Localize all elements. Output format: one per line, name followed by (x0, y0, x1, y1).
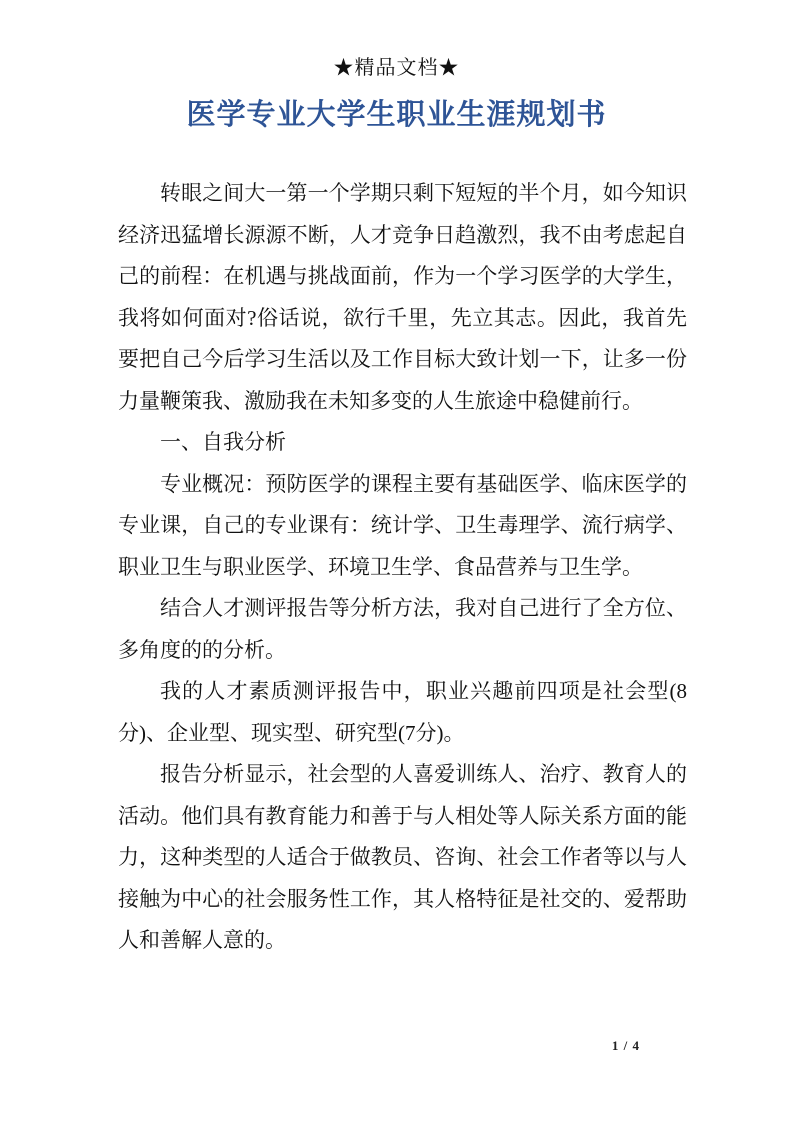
paragraph-assessment-method: 结合人才测评报告等分析方法，我对自己进行了全方位、多角度的的分析。 (118, 588, 687, 671)
paragraph-major-overview: 专业概况：预防医学的课程主要有基础医学、临床医学的专业课，自己的专业课有：统计学… (118, 464, 687, 589)
document-page: ★精品文档★ 医学专业大学生职业生涯规划书 转眼之间大一第一个学期只剩下短短的半… (0, 0, 793, 1122)
page-number-indicator: 1 / 4 (612, 1038, 640, 1054)
document-header-badge: ★精品文档★ (0, 0, 793, 80)
document-title: 医学专业大学生职业生涯规划书 (0, 95, 793, 135)
document-body: 转眼之间大一第一个学期只剩下短短的半个月，如今知识经济迅猛增长源源不断，人才竞争… (118, 173, 687, 962)
section-heading-self-analysis: 一、自我分析 (118, 422, 687, 464)
paragraph-assessment-result: 我的人才素质测评报告中，职业兴趣前四项是社会型(8分)、企业型、现实型、研究型(… (118, 671, 687, 754)
paragraph-intro: 转眼之间大一第一个学期只剩下短短的半个月，如今知识经济迅猛增长源源不断，人才竞争… (118, 173, 687, 422)
paragraph-report-analysis: 报告分析显示，社会型的人喜爱训练人、治疗、教育人的活动。他们具有教育能力和善于与… (118, 754, 687, 962)
